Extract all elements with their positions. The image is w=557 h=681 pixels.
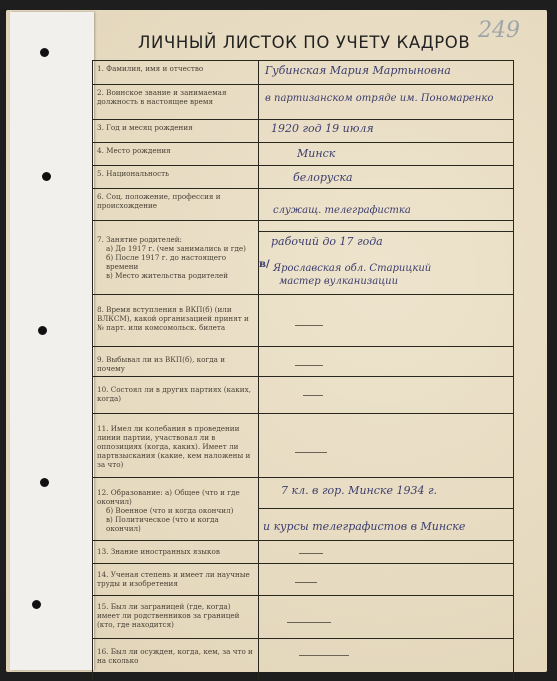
punch-hole-icon — [40, 48, 49, 57]
blank-dash — [299, 553, 323, 554]
form-row-9: 9. Выбывал ли из ВКП(б), когда и почему — [93, 347, 513, 377]
punch-hole-icon — [42, 172, 51, 181]
blank-dash — [295, 582, 317, 583]
form-row-14: 14. Ученая степень и имеет ли научные тр… — [93, 564, 513, 596]
field-label: 9. Выбывал ли из ВКП(б), когда и почему — [93, 347, 259, 376]
blank-dash — [299, 655, 349, 656]
field-value — [259, 377, 513, 413]
form-row-16: 16. Был ли осужден, когда, кем, за что и… — [93, 639, 513, 679]
field-label: 14. Ученая степень и имеет ли научные тр… — [93, 564, 259, 595]
field-value: 7 кл. в гор. Минске 1934 г. и курсы теле… — [259, 478, 513, 540]
form-row-2: 2. Воинское звание и занимаемая должност… — [93, 85, 513, 120]
form-row-12: 12. Образование: а) Общее (что и где око… — [93, 478, 513, 541]
field-value — [259, 596, 513, 638]
field-label: 7. Занятие родителей: а) До 1917 г. (чем… — [93, 221, 259, 294]
field-value — [259, 347, 513, 376]
page-title: ЛИЧНЫЙ ЛИСТОК ПО УЧЕТУ КАДРОВ — [138, 33, 470, 52]
field-label: 4. Место рождения — [93, 143, 259, 165]
personnel-form-table: 1. Фамилия, имя и отчество Губинская Мар… — [92, 60, 514, 679]
field-value: белоруска — [259, 166, 513, 188]
field-value: в партизанском отряде им. Пономаренко — [259, 85, 513, 119]
field-label: 15. Был ли заграницей (где, когда) имеет… — [93, 596, 259, 638]
blank-dash — [303, 395, 323, 396]
form-row-3: 3. Год и месяц рождения 1920 год 19 июля — [93, 120, 513, 143]
field-value: служащ. телеграфистка — [259, 189, 513, 220]
blank-dash — [295, 452, 327, 453]
form-row-4: 4. Место рождения Минск — [93, 143, 513, 166]
blank-dash — [287, 622, 331, 623]
blank-dash — [295, 325, 323, 326]
form-row-13: 13. Знание иностранных языков — [93, 541, 513, 564]
field-label: 8. Время вступления в ВКП(б) (или ВЛКСМ)… — [93, 295, 259, 346]
field-value — [259, 414, 513, 477]
field-value: Минск — [259, 143, 513, 165]
punch-hole-icon — [38, 326, 47, 335]
field-label: 12. Образование: а) Общее (что и где око… — [93, 478, 259, 540]
form-row-8: 8. Время вступления в ВКП(б) (или ВЛКСМ)… — [93, 295, 513, 347]
field-label: 6. Соц. положение, профессия и происхожд… — [93, 189, 259, 220]
field-value: Губинская Мария Мартыновна — [259, 61, 513, 84]
field-value: рабочий до 17 года в/ Ярославская обл. С… — [259, 221, 513, 294]
punch-hole-icon — [32, 600, 41, 609]
binding-strip — [10, 12, 94, 670]
form-row-11: 11. Имел ли колебания в проведении линии… — [93, 414, 513, 478]
field-label: 2. Воинское звание и занимаемая должност… — [93, 85, 259, 119]
field-label: 16. Был ли осужден, когда, кем, за что и… — [93, 639, 259, 679]
field-value — [259, 564, 513, 595]
field-label: 10. Состоял ли в других партиях (каких, … — [93, 377, 259, 413]
underline — [259, 508, 513, 509]
field-value — [259, 295, 513, 346]
form-row-10: 10. Состоял ли в других партиях (каких, … — [93, 377, 513, 414]
field-label: 3. Год и месяц рождения — [93, 120, 259, 142]
field-value — [259, 639, 513, 679]
blank-dash — [295, 365, 323, 366]
field-label: 1. Фамилия, имя и отчество — [93, 61, 259, 84]
field-value — [259, 541, 513, 563]
form-row-7: 7. Занятие родителей: а) До 1917 г. (чем… — [93, 221, 513, 295]
field-label: 5. Национальность — [93, 166, 259, 188]
form-row-1: 1. Фамилия, имя и отчество Губинская Мар… — [93, 61, 513, 85]
field-label: 13. Знание иностранных языков — [93, 541, 259, 563]
underline — [259, 231, 513, 232]
folio-number: 249 — [478, 18, 520, 43]
punch-hole-icon — [40, 478, 49, 487]
form-row-6: 6. Соц. положение, профессия и происхожд… — [93, 189, 513, 221]
field-label: 11. Имел ли колебания в проведении линии… — [93, 414, 259, 477]
form-row-15: 15. Был ли заграницей (где, когда) имеет… — [93, 596, 513, 639]
field-value: 1920 год 19 июля — [259, 120, 513, 142]
form-row-5: 5. Национальность белоруска — [93, 166, 513, 189]
